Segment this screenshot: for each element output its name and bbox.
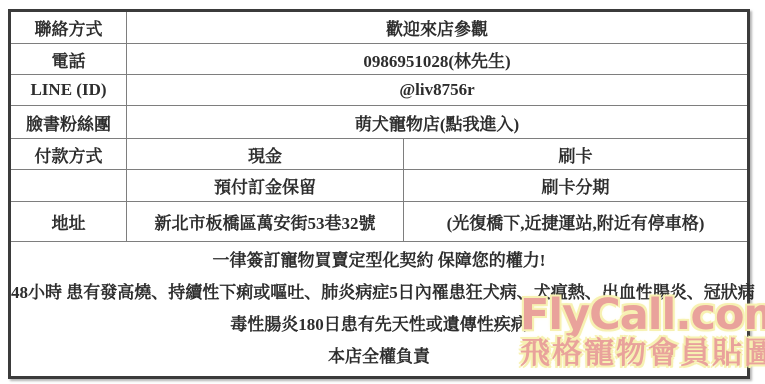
payment-credit-card: 刷卡 — [404, 139, 749, 170]
address-value: 新北市板橋區萬安街53巷32號 — [127, 202, 404, 242]
table-row: 臉書粉絲團 萌犬寵物店(點我進入) — [10, 106, 749, 139]
address-landmark-note: (光復橋下,近捷運站,附近有停車格) — [404, 202, 749, 242]
contact-method-value: 歡迎來店參觀 — [127, 11, 749, 44]
table-row: 聯絡方式 歡迎來店參觀 — [10, 11, 749, 44]
row-label-empty — [10, 170, 127, 202]
row-label-facebook-fanpage: 臉書粉絲團 — [10, 106, 127, 139]
warranty-notice-cell: 一律簽訂寵物買賣定型化契約 保障您的權力! 48小時 患有發高燒、持續性下痢或嘔… — [10, 242, 749, 378]
table-row: 地址 新北市板橋區萬安街53巷32號 (光復橋下,近捷運站,附近有停車格) — [10, 202, 749, 242]
row-label-payment-method: 付款方式 — [10, 139, 127, 170]
notice-48hr-line: 48小時 患有發高燒、持續性下痢或嘔吐、肺炎病症5日內罹患狂犬病、犬瘟熱、出血性… — [11, 277, 747, 309]
table-row: LINE (ID) @liv8756r — [10, 75, 749, 106]
table-row: 電話 0986951028(林先生) — [10, 44, 749, 75]
contact-info-table: 聯絡方式 歡迎來店參觀 電話 0986951028(林先生) LINE (ID)… — [8, 9, 750, 379]
payment-cash: 現金 — [127, 139, 404, 170]
facebook-fanpage-link[interactable]: 萌犬寵物店(點我進入) — [127, 106, 749, 139]
notice-contract-line: 一律簽訂寵物買賣定型化契約 保障您的權力! — [11, 245, 747, 277]
table-row: 一律簽訂寵物買賣定型化契約 保障您的權力! 48小時 患有發高燒、持續性下痢或嘔… — [10, 242, 749, 378]
row-label-phone: 電話 — [10, 44, 127, 75]
payment-deposit-hold: 預付訂金保留 — [127, 170, 404, 202]
phone-value: 0986951028(林先生) — [127, 44, 749, 75]
payment-installment: 刷卡分期 — [404, 170, 749, 202]
notice-responsibility-line: 本店全權負責 — [11, 341, 747, 373]
line-id-value: @liv8756r — [127, 75, 749, 106]
row-label-line-id: LINE (ID) — [10, 75, 127, 106]
row-label-contact-method: 聯絡方式 — [10, 11, 127, 44]
table-row: 預付訂金保留 刷卡分期 — [10, 170, 749, 202]
notice-180day-line: 毒性腸炎180日患有先天性或遺傳性疾病 — [11, 309, 747, 341]
row-label-address: 地址 — [10, 202, 127, 242]
table-row: 付款方式 現金 刷卡 — [10, 139, 749, 170]
